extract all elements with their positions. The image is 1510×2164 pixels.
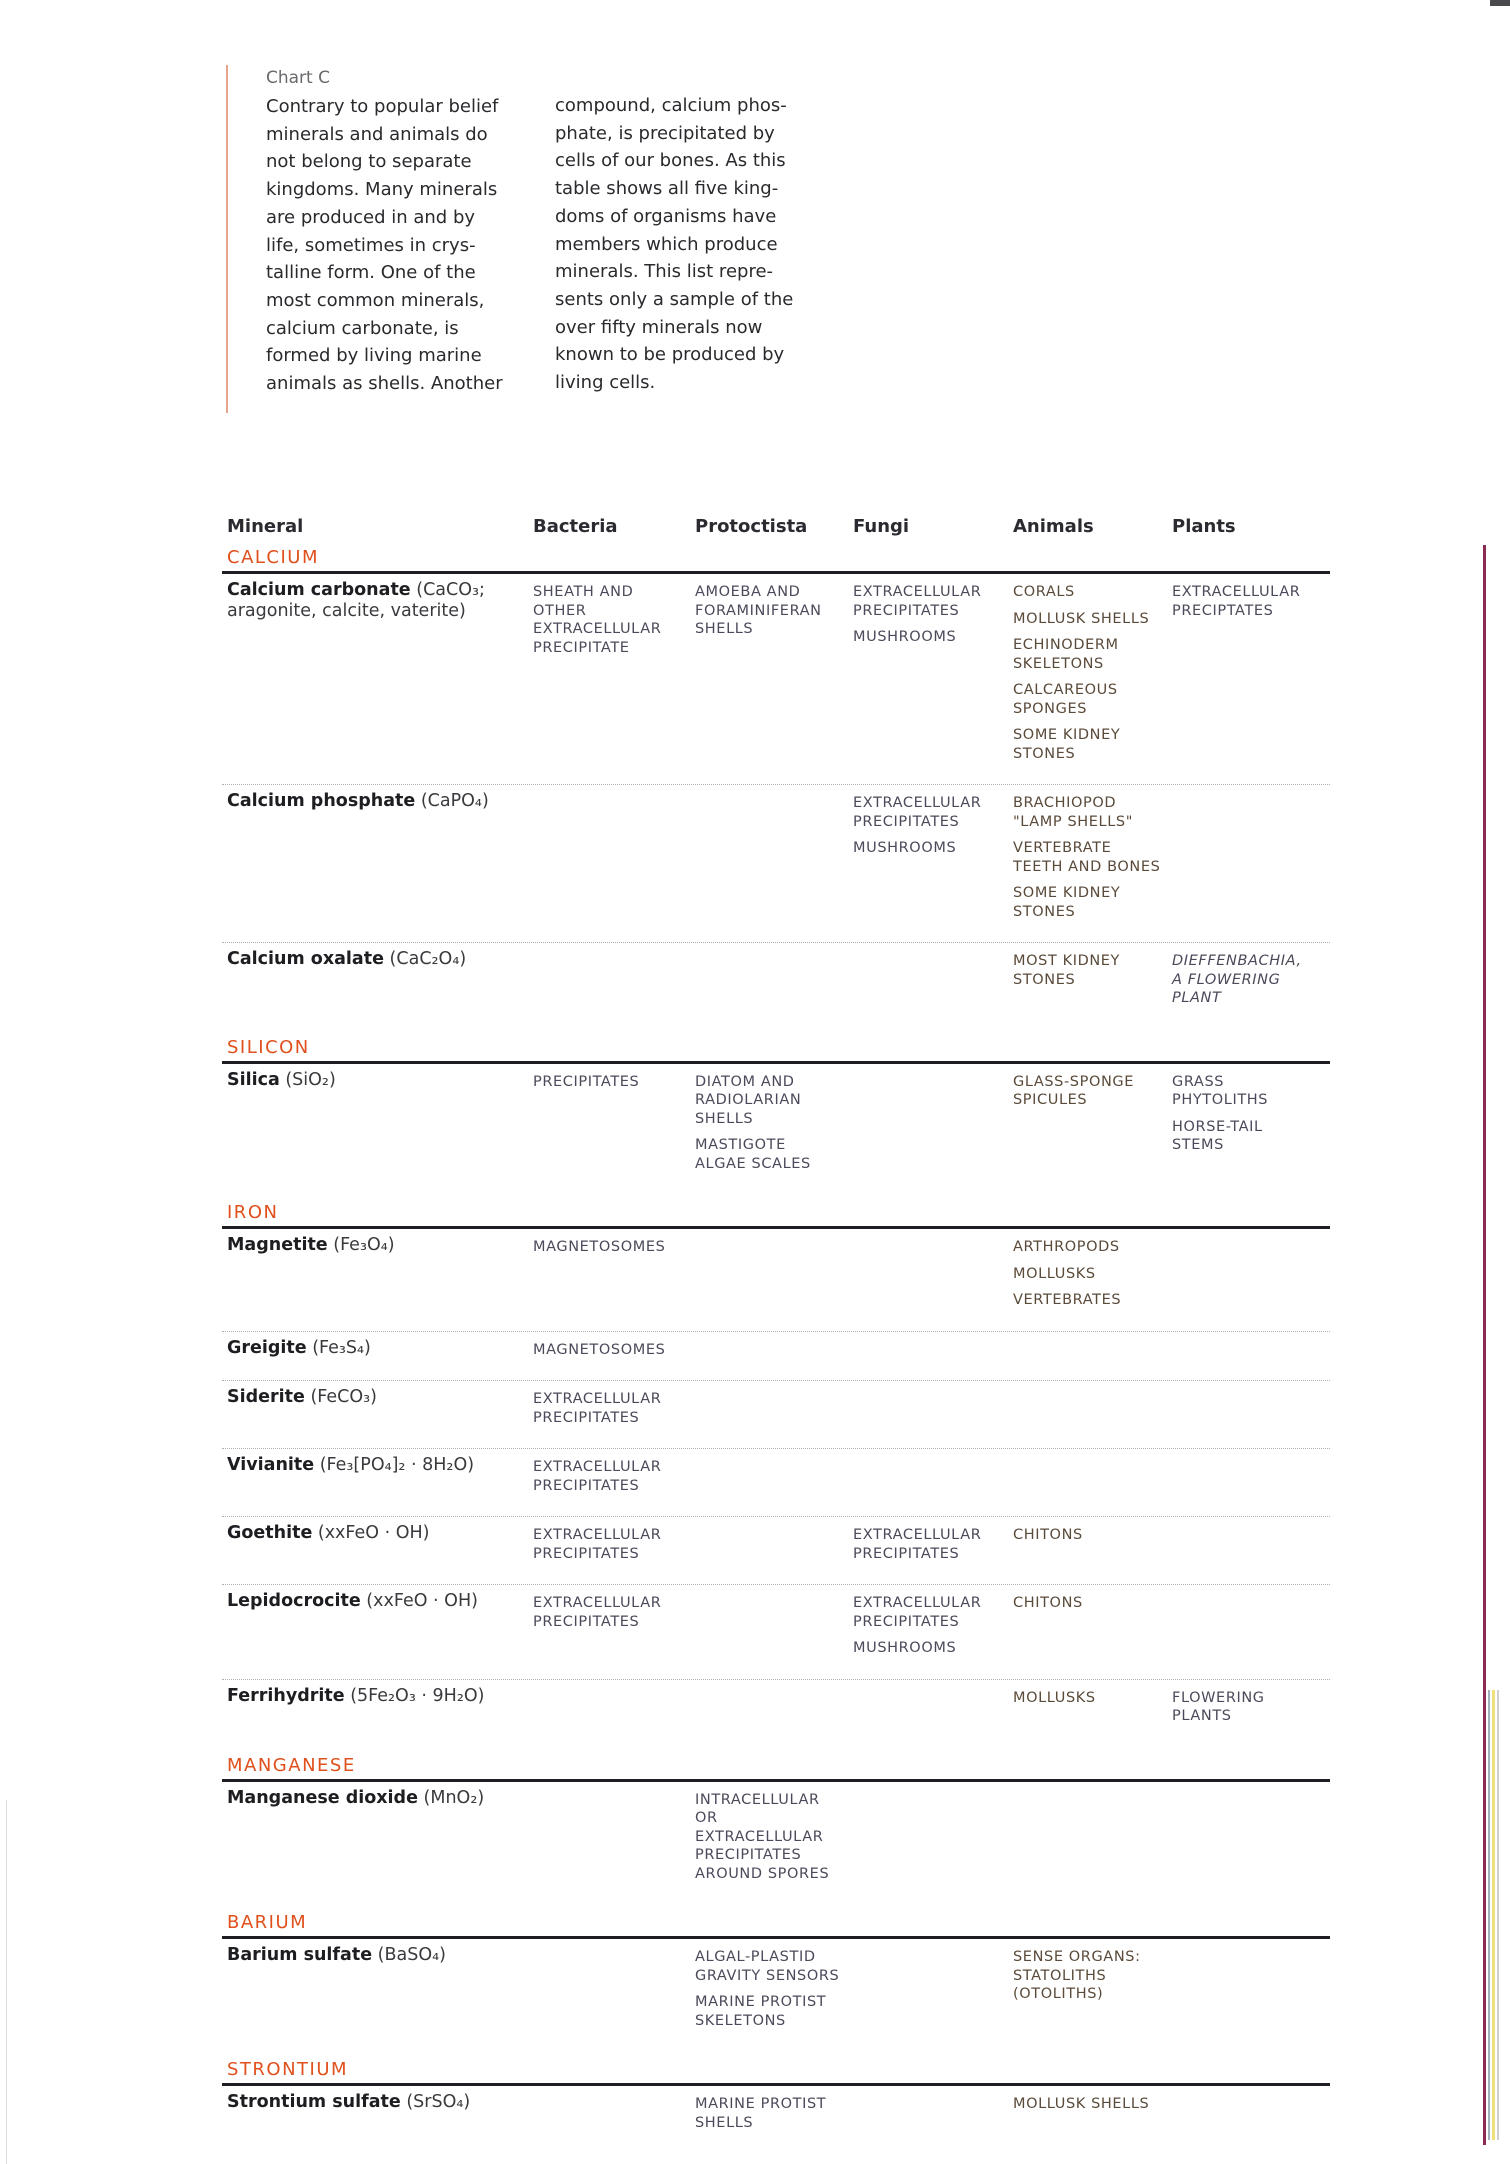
organism-entry: EXTRACELLULAR PRECIPITATES [533, 1458, 691, 1495]
header-protoctista: Protoctista [695, 516, 807, 537]
table-body: CALCIUMCalcium carbonate (CaCO₃; aragoni… [222, 547, 1330, 2153]
table-row: Strontium sulfate (SrSO₄)MARINE PROTIST … [222, 2086, 1330, 2153]
mineral-name: Manganese dioxide (MnO₂) [227, 1788, 517, 1809]
header-mineral: Mineral [227, 516, 303, 537]
cell-bacteria: PRECIPITATES [533, 1073, 691, 1100]
table-row: Barium sulfate (BaSO₄)ALGAL-PLASTID GRAV… [222, 1939, 1330, 2051]
header-plants: Plants [1172, 516, 1236, 537]
organism-entry: CALCAREOUS SPONGES [1013, 681, 1171, 718]
mineral-formula: (Fe₃O₄) [328, 1235, 395, 1255]
organism-entry: EXTRACELLULAR PRECIPITATES [533, 1594, 691, 1631]
header-fungi: Fungi [853, 516, 909, 537]
mineral-name: Vivianite (Fe₃[PO₄]₂ · 8H₂O) [227, 1455, 517, 1476]
mineral-formula: (SiO₂) [280, 1070, 336, 1090]
cell-plants: FLOWERING PLANTS [1172, 1689, 1330, 1734]
mineral-name: Calcium phosphate (CaPO₄) [227, 791, 517, 812]
section-strontium: STRONTIUMStrontium sulfate (SrSO₄)MARINE… [222, 2059, 1330, 2153]
mineral-label: Calcium phosphate [227, 791, 415, 811]
organism-entry: PRECIPITATES [533, 1073, 691, 1092]
page-edge-strip [1492, 1690, 1495, 2140]
organism-entry: GRASS PHYTOLITHS [1172, 1073, 1330, 1110]
mineral-formula: (xxFeO · OH) [312, 1523, 429, 1543]
table-row: Vivianite (Fe₃[PO₄]₂ · 8H₂O)EXTRACELLULA… [222, 1448, 1330, 1516]
cell-plants: EXTRACELLULAR PRECIPTATES [1172, 583, 1330, 628]
cell-fungi: EXTRACELLULAR PRECIPITATESMUSHROOMS [853, 1594, 1011, 1666]
intro-paragraph-column-2: compound, calcium phos- phate, is precip… [555, 92, 815, 397]
organism-entry: DIEFFENBACHIA, A FLOWERING PLANT [1172, 952, 1330, 1008]
page-edge-strip [1488, 1690, 1490, 2140]
mineral-label: Vivianite [227, 1455, 314, 1475]
table-row: Greigite (Fe₃S₄)MAGNETOSOMES [222, 1331, 1330, 1381]
section-title: STRONTIUM [222, 2059, 1330, 2081]
organism-entry: FLOWERING PLANTS [1172, 1689, 1330, 1726]
organism-entry: MAGNETOSOMES [533, 1341, 691, 1360]
organism-entry: BRACHIOPOD "LAMP SHELLS" [1013, 794, 1171, 831]
cell-animals: MOLLUSKS [1013, 1689, 1171, 1716]
table-row: Calcium phosphate (CaPO₄)EXTRACELLULAR P… [222, 784, 1330, 942]
organism-entry: AMOEBA AND FORAMINIFERAN SHELLS [695, 583, 853, 639]
mineral-formula: (Fe₃[PO₄]₂ · 8H₂O) [314, 1455, 474, 1475]
minerals-table: Mineral Bacteria Protoctista Fungi Anima… [222, 512, 1330, 2153]
organism-entry: EXTRACELLULAR PRECIPITATES [853, 1526, 1011, 1563]
section-title: IRON [222, 1202, 1330, 1224]
mineral-name: Barium sulfate (BaSO₄) [227, 1945, 517, 1966]
mineral-name: Calcium oxalate (CaC₂O₄) [227, 949, 517, 970]
scan-corner-mark [1490, 0, 1510, 6]
organism-entry: EXTRACELLULAR PRECIPTATES [1172, 583, 1330, 620]
organism-entry: MOST KIDNEY STONES [1013, 952, 1171, 989]
section-silicon: SILICONSilica (SiO₂)PRECIPITATESDIATOM A… [222, 1037, 1330, 1195]
organism-entry: CHITONS [1013, 1594, 1171, 1613]
cell-bacteria: SHEATH AND OTHER EXTRACELLULAR PRECIPITA… [533, 583, 691, 665]
mineral-name: Strontium sulfate (SrSO₄) [227, 2092, 517, 2113]
organism-entry: EXTRACELLULAR PRECIPITATES [533, 1390, 691, 1427]
mineral-label: Ferrihydrite [227, 1686, 345, 1706]
organism-entry: MUSHROOMS [853, 628, 1011, 647]
mineral-label: Manganese dioxide [227, 1788, 418, 1808]
table-row: Ferrihydrite (5Fe₂O₃ · 9H₂O)MOLLUSKSFLOW… [222, 1679, 1330, 1747]
section-title: MANGANESE [222, 1755, 1330, 1777]
cell-bacteria: MAGNETOSOMES [533, 1341, 691, 1368]
section-title: SILICON [222, 1037, 1330, 1059]
table-row: Calcium carbonate (CaCO₃; aragonite, cal… [222, 574, 1330, 784]
mineral-label: Strontium sulfate [227, 2092, 401, 2112]
organism-entry: SOME KIDNEY STONES [1013, 884, 1171, 921]
cell-protoctista: DIATOM AND RADIOLARIAN SHELLSMASTIGOTE A… [695, 1073, 853, 1182]
mineral-label: Calcium carbonate [227, 580, 411, 600]
cell-animals: GLASS-SPONGE SPICULES [1013, 1073, 1171, 1118]
cell-animals: MOST KIDNEY STONES [1013, 952, 1171, 997]
cell-fungi: EXTRACELLULAR PRECIPITATESMUSHROOMS [853, 794, 1011, 866]
mineral-name: Greigite (Fe₃S₄) [227, 1338, 517, 1359]
table-row: Siderite (FeCO₃)EXTRACELLULAR PRECIPITAT… [222, 1380, 1330, 1448]
mineral-label: Barium sulfate [227, 1945, 372, 1965]
mineral-label: Goethite [227, 1523, 312, 1543]
table-row: Magnetite (Fe₃O₄)MAGNETOSOMESARTHROPODSM… [222, 1229, 1330, 1331]
cell-animals: MOLLUSK SHELLS [1013, 2095, 1171, 2122]
cell-animals: ARTHROPODSMOLLUSKSVERTEBRATES [1013, 1238, 1171, 1318]
cell-bacteria: EXTRACELLULAR PRECIPITATES [533, 1526, 691, 1571]
mineral-formula: (xxFeO · OH) [361, 1591, 478, 1611]
cell-animals: SENSE ORGANS: STATOLITHS (OTOLITHS) [1013, 1948, 1171, 2012]
mineral-formula: (FeCO₃) [305, 1387, 377, 1407]
page-left-edge [6, 1800, 7, 2164]
organism-entry: INTRACELLULAR OR EXTRACELLULAR PRECIPITA… [695, 1791, 853, 1884]
organism-entry: VERTEBRATES [1013, 1291, 1171, 1310]
section-calcium: CALCIUMCalcium carbonate (CaCO₃; aragoni… [222, 547, 1330, 1029]
cell-bacteria: EXTRACELLULAR PRECIPITATES [533, 1458, 691, 1503]
table-row: Lepidocrocite (xxFeO · OH)EXTRACELLULAR … [222, 1584, 1330, 1679]
mineral-label: Silica [227, 1070, 280, 1090]
mineral-label: Greigite [227, 1338, 307, 1358]
organism-entry: MOLLUSK SHELLS [1013, 610, 1171, 629]
section-barium: BARIUMBarium sulfate (BaSO₄)ALGAL-PLASTI… [222, 1912, 1330, 2051]
organism-entry: HORSE-TAIL STEMS [1172, 1118, 1330, 1155]
cell-protoctista: MARINE PROTIST SHELLS [695, 2095, 853, 2140]
organism-entry: CHITONS [1013, 1526, 1171, 1545]
cell-bacteria: EXTRACELLULAR PRECIPITATES [533, 1390, 691, 1435]
organism-entry: MOLLUSKS [1013, 1689, 1171, 1708]
organism-entry: CORALS [1013, 583, 1171, 602]
organism-entry: EXTRACELLULAR PRECIPITATES [853, 583, 1011, 620]
section-title: CALCIUM [222, 547, 1330, 569]
table-header: Mineral Bacteria Protoctista Fungi Anima… [222, 512, 1330, 547]
section-iron: IRONMagnetite (Fe₃O₄)MAGNETOSOMESARTHROP… [222, 1202, 1330, 1747]
organism-entry: ALGAL-PLASTID GRAVITY SENSORS [695, 1948, 853, 1985]
organism-entry: SHEATH AND OTHER EXTRACELLULAR PRECIPITA… [533, 583, 691, 657]
cell-protoctista: ALGAL-PLASTID GRAVITY SENSORSMARINE PROT… [695, 1948, 853, 2038]
mineral-formula: (SrSO₄) [401, 2092, 470, 2112]
header-animals: Animals [1013, 516, 1094, 537]
intro-block: Chart C Contrary to popular belief miner… [226, 65, 828, 413]
page-edge-strip [1483, 545, 1486, 2145]
mineral-name: Lepidocrocite (xxFeO · OH) [227, 1591, 517, 1612]
mineral-name: Silica (SiO₂) [227, 1070, 517, 1091]
organism-entry: MASTIGOTE ALGAE SCALES [695, 1136, 853, 1173]
cell-animals: CORALSMOLLUSK SHELLSECHINODERM SKELETONS… [1013, 583, 1171, 771]
cell-bacteria: MAGNETOSOMES [533, 1238, 691, 1265]
mineral-name: Ferrihydrite (5Fe₂O₃ · 9H₂O) [227, 1686, 517, 1707]
organism-entry: MARINE PROTIST SHELLS [695, 2095, 853, 2132]
organism-entry: MUSHROOMS [853, 1639, 1011, 1658]
mineral-formula: (BaSO₄) [372, 1945, 446, 1965]
organism-entry: DIATOM AND RADIOLARIAN SHELLS [695, 1073, 853, 1129]
mineral-label: Calcium oxalate [227, 949, 384, 969]
organism-entry: SENSE ORGANS: STATOLITHS (OTOLITHS) [1013, 1948, 1171, 2004]
mineral-name: Magnetite (Fe₃O₄) [227, 1235, 517, 1256]
organism-entry: EXTRACELLULAR PRECIPITATES [853, 794, 1011, 831]
organism-entry: MOLLUSK SHELLS [1013, 2095, 1171, 2114]
mineral-name: Calcium carbonate (CaCO₃; aragonite, cal… [227, 580, 517, 622]
chart-label: Chart C [266, 68, 330, 88]
intro-paragraph-column-1: Contrary to popular belief minerals and … [266, 93, 526, 398]
table-row: Silica (SiO₂)PRECIPITATESDIATOM AND RADI… [222, 1064, 1330, 1195]
mineral-name: Siderite (FeCO₃) [227, 1387, 517, 1408]
section-manganese: MANGANESEManganese dioxide (MnO₂)INTRACE… [222, 1755, 1330, 1905]
organism-entry: GLASS-SPONGE SPICULES [1013, 1073, 1171, 1110]
organism-entry: MAGNETOSOMES [533, 1238, 691, 1257]
mineral-formula: (CaC₂O₄) [384, 949, 466, 969]
cell-animals: CHITONS [1013, 1594, 1171, 1621]
organism-entry: ARTHROPODS [1013, 1238, 1171, 1257]
section-title: BARIUM [222, 1912, 1330, 1934]
cell-fungi: EXTRACELLULAR PRECIPITATESMUSHROOMS [853, 583, 1011, 655]
cell-protoctista: AMOEBA AND FORAMINIFERAN SHELLS [695, 583, 853, 647]
mineral-formula: (Fe₃S₄) [307, 1338, 371, 1358]
organism-entry: MOLLUSKS [1013, 1265, 1171, 1284]
table-row: Goethite (xxFeO · OH)EXTRACELLULAR PRECI… [222, 1516, 1330, 1584]
header-bacteria: Bacteria [533, 516, 618, 537]
organism-entry: VERTEBRATE TEETH AND BONES [1013, 839, 1171, 876]
organism-entry: SOME KIDNEY STONES [1013, 726, 1171, 763]
mineral-label: Siderite [227, 1387, 305, 1407]
organism-entry: MARINE PROTIST SKELETONS [695, 1993, 853, 2030]
organism-entry: MUSHROOMS [853, 839, 1011, 858]
organism-entry: ECHINODERM SKELETONS [1013, 636, 1171, 673]
mineral-formula: (CaPO₄) [415, 791, 489, 811]
cell-fungi: EXTRACELLULAR PRECIPITATES [853, 1526, 1011, 1571]
organism-entry: EXTRACELLULAR PRECIPITATES [853, 1594, 1011, 1631]
cell-plants: DIEFFENBACHIA, A FLOWERING PLANT [1172, 952, 1330, 1016]
table-row: Calcium oxalate (CaC₂O₄)MOST KIDNEY STON… [222, 942, 1330, 1029]
cell-animals: BRACHIOPOD "LAMP SHELLS"VERTEBRATE TEETH… [1013, 794, 1171, 929]
cell-protoctista: INTRACELLULAR OR EXTRACELLULAR PRECIPITA… [695, 1791, 853, 1892]
page-edge-strip [1497, 1690, 1499, 2140]
mineral-formula: (MnO₂) [418, 1788, 484, 1808]
cell-plants: GRASS PHYTOLITHSHORSE-TAIL STEMS [1172, 1073, 1330, 1163]
mineral-label: Magnetite [227, 1235, 328, 1255]
cell-bacteria: EXTRACELLULAR PRECIPITATES [533, 1594, 691, 1639]
organism-entry: EXTRACELLULAR PRECIPITATES [533, 1526, 691, 1563]
mineral-label: Lepidocrocite [227, 1591, 361, 1611]
mineral-name: Goethite (xxFeO · OH) [227, 1523, 517, 1544]
table-row: Manganese dioxide (MnO₂)INTRACELLULAR OR… [222, 1782, 1330, 1905]
cell-animals: CHITONS [1013, 1526, 1171, 1553]
mineral-formula: (5Fe₂O₃ · 9H₂O) [345, 1686, 485, 1706]
